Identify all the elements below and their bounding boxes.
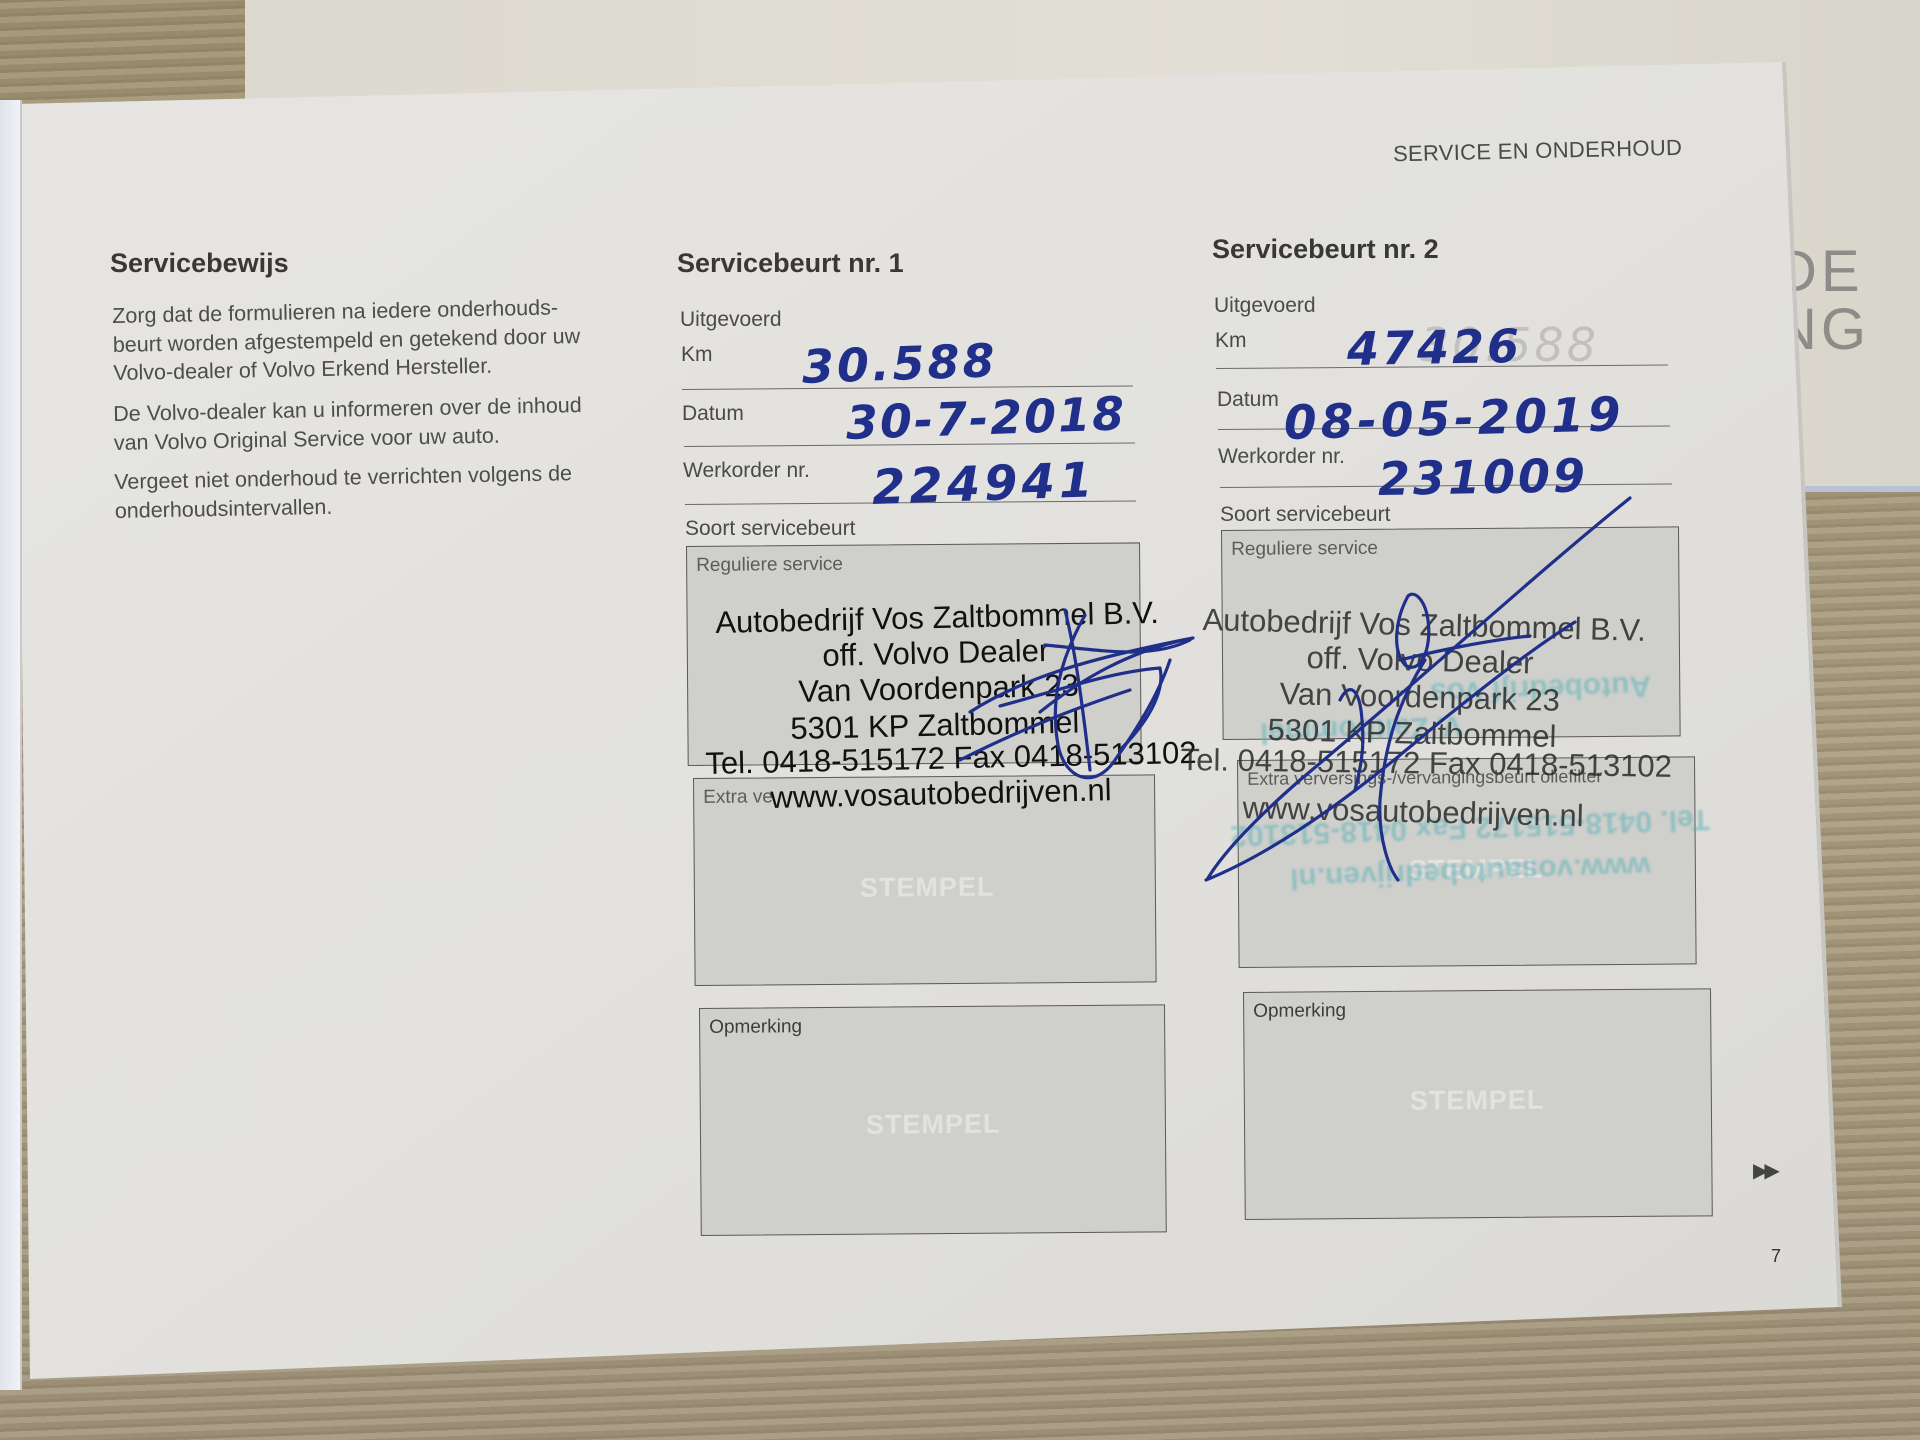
stamp-watermark: STEMPEL: [866, 1109, 1001, 1141]
service-2-type-label: Soort servicebeurt: [1220, 503, 1390, 527]
service-1-title: Servicebeurt nr. 1: [677, 248, 904, 279]
service-1-km-value: 30.588: [801, 333, 998, 394]
previous-page-edge: [0, 100, 22, 1390]
service-2-dealer-stamp-phone: Tel. 0418-515172 Fax 0418-513102: [1180, 742, 1672, 785]
service-1-performed-label: Uitgevoerd: [680, 308, 782, 332]
service-2-title: Servicebeurt nr. 2: [1212, 234, 1439, 265]
service-1-date-value: 30-7-2018: [845, 386, 1127, 450]
service-2-performed-label: Uitgevoerd: [1214, 294, 1316, 318]
service-1-dealer-stamp-address: Van Voordenpark 23: [798, 668, 1079, 710]
service-2-date-value: 08-05-2019: [1283, 387, 1625, 451]
service-1-dealer-stamp-type: off. Volvo Dealer: [822, 633, 1050, 674]
service-2-remark-box: Opmerking STEMPEL: [1243, 988, 1713, 1220]
intro-paragraph-2: De Volvo-dealer kan u informeren over de…: [113, 391, 583, 457]
service-1-workorder-label: Werkorder nr.: [683, 459, 810, 483]
service-2-km-value: 47426: [1347, 319, 1523, 376]
stamp-watermark: STEMPEL: [860, 872, 995, 904]
service-2-dealer-stamp-type: off. Volvo Dealer: [1306, 640, 1534, 682]
box-label: Reguliere service: [1231, 538, 1378, 561]
service-1-remark-box: Opmerking STEMPEL: [699, 1004, 1167, 1236]
intro-paragraph-1: Zorg dat de formulieren na iedere onderh…: [112, 293, 581, 387]
page-number: 7: [1771, 1246, 1781, 1267]
continue-arrows-icon: ▶▶: [1753, 1158, 1776, 1183]
box-label: Reguliere service: [696, 554, 843, 577]
intro-paragraph-3: Vergeet niet onderhoud te verrichten vol…: [114, 459, 573, 525]
service-2-date-label: Datum: [1217, 388, 1279, 412]
box-label: Extra ve: [703, 786, 773, 809]
stamp-watermark: STEMPEL: [1410, 1085, 1545, 1117]
service-2-workorder-value: 231009: [1378, 448, 1589, 506]
box-label: Opmerking: [709, 1016, 802, 1039]
service-1-workorder-value: 224941: [871, 452, 1097, 516]
box-label: Opmerking: [1253, 1000, 1346, 1023]
service-1-date-label: Datum: [682, 402, 744, 426]
service-2-km-label: Km: [1215, 329, 1247, 353]
service-1-km-label: Km: [681, 343, 713, 367]
intro-title: Servicebewijs: [110, 248, 289, 279]
service-1-type-label: Soort servicebeurt: [685, 517, 855, 541]
